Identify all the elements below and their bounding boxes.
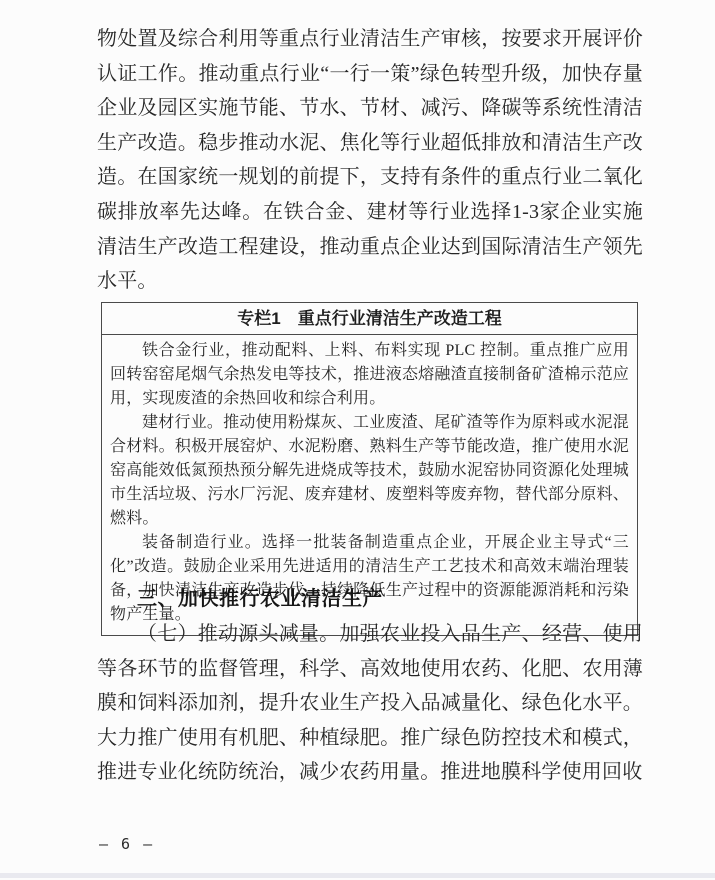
callout-paragraph-ferroalloy: 铁合金行业，推动配料、上料、布料实现 PLC 控制。重点推广应用回转窑窑尾烟气余… bbox=[110, 339, 629, 411]
callout-paragraph-equipment-manufacturing: 装备制造行业。选择一批装备制造重点企业，开展企业主导式“三化”改造。鼓励企业采用… bbox=[110, 531, 629, 627]
section-heading-agriculture-clean-production: 三、加快推行农业清洁生产 bbox=[137, 586, 383, 612]
callout-box-title: 专栏1 重点行业清洁生产改造工程 bbox=[102, 303, 637, 335]
callout-paragraph-building-materials: 建材行业。推动使用粉煤灰、工业废渣、尾矿渣等作为原料或水泥混合材料。积极开展窑炉… bbox=[110, 411, 629, 531]
page-number: — 6 — bbox=[99, 835, 154, 853]
scan-edge-artifact bbox=[0, 873, 715, 878]
body-paragraph-continuation: 物处置及综合利用等重点行业清洁生产审核，按要求开展评价认证工作。推动重点行业“一… bbox=[97, 22, 643, 299]
body-paragraph-source-reduction: （七）推动源头减量。加强农业投入品生产、经营、使用等各环节的监督管理，科学、高效… bbox=[97, 617, 643, 790]
document-page: 物处置及综合利用等重点行业清洁生产审核，按要求开展评价认证工作。推动重点行业“一… bbox=[0, 0, 715, 880]
